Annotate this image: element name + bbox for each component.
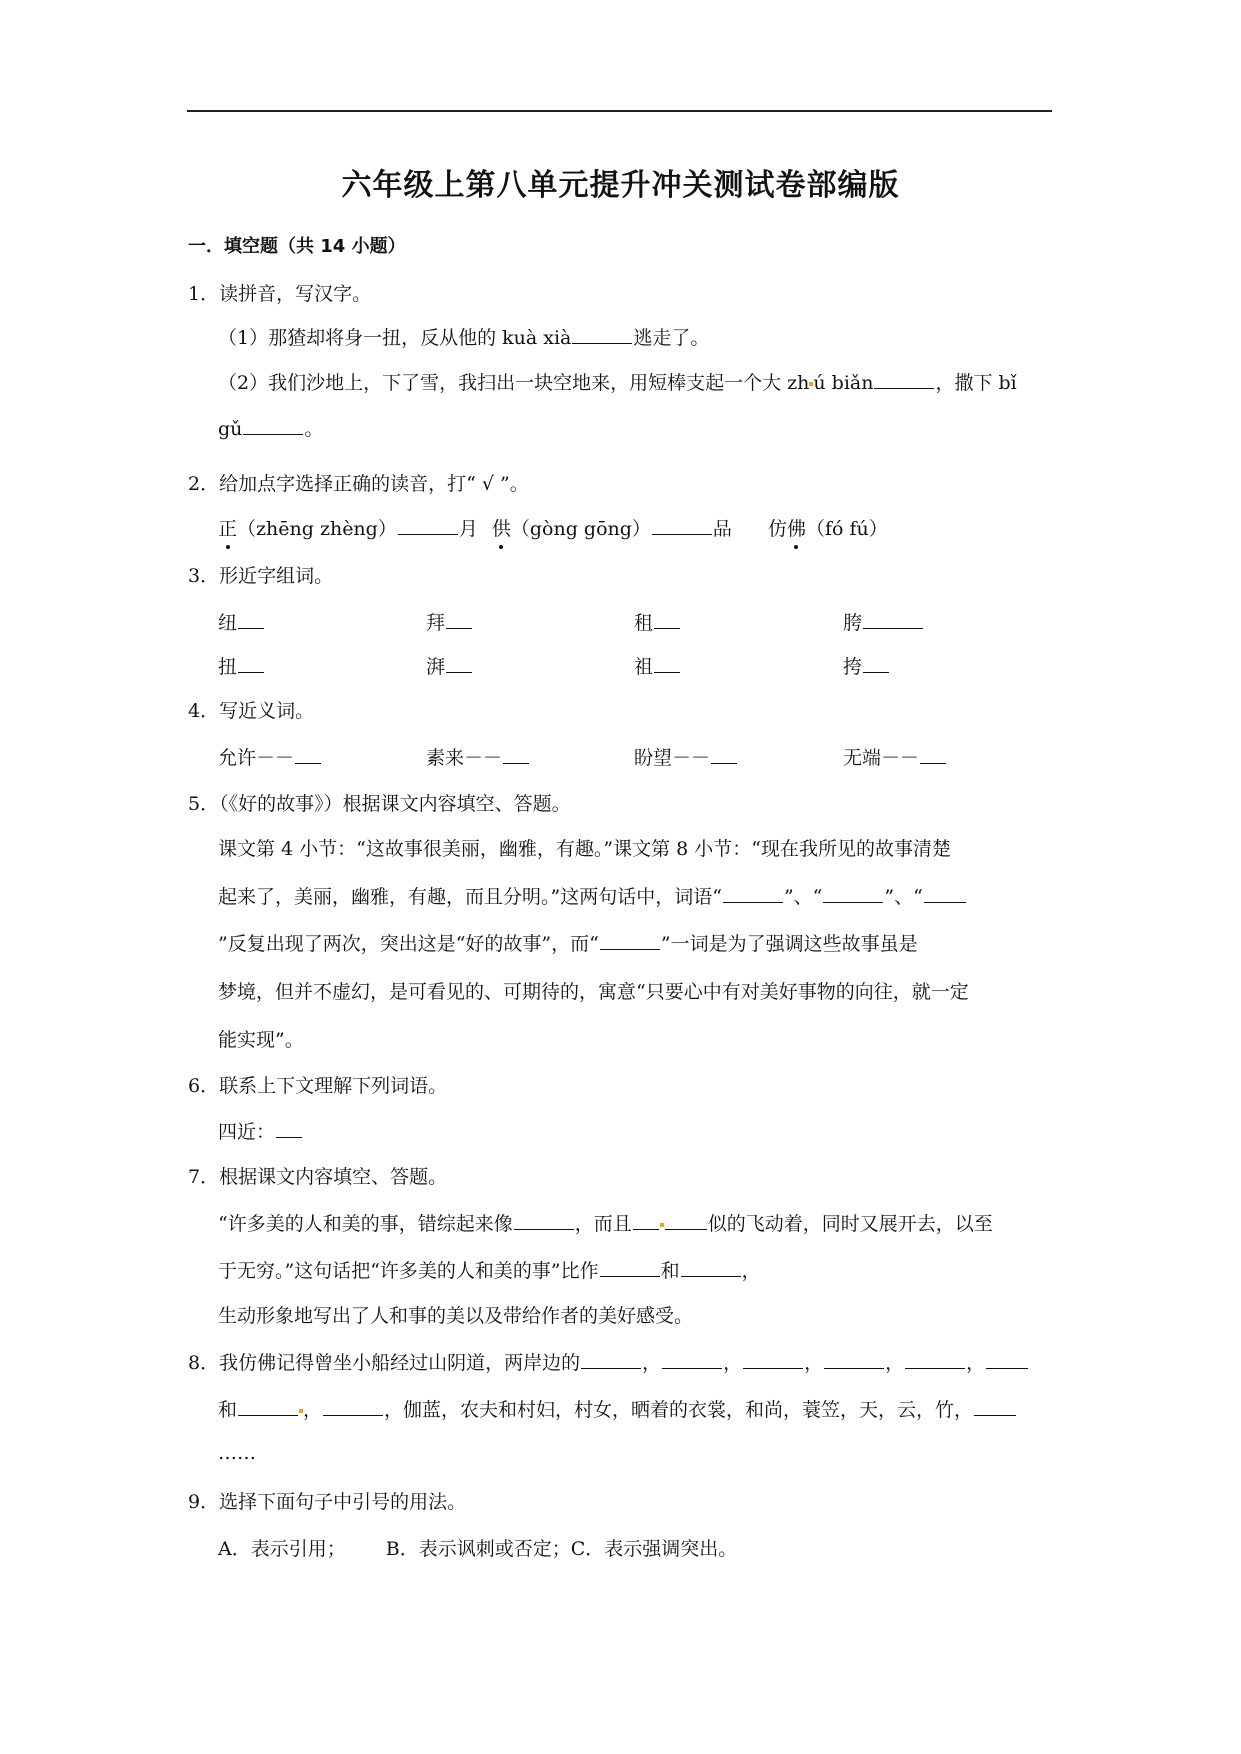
q7-text: 和 (661, 1260, 680, 1282)
page-title: 六年级上第八单元提升冲关测试卷部编版 (0, 160, 1241, 204)
q3-word: 租 (634, 610, 681, 636)
answer-blank[interactable] (238, 1397, 298, 1416)
q5-text: 起来了，美丽，幽雅，有趣，而且分明。”这两句话中，词语“ (218, 886, 722, 908)
q4-stem: 4．写近义词。 (188, 698, 314, 724)
q1-part1: （1）那猹却将身一扭，反从他的 kuà xià逃走了。 (218, 325, 709, 351)
q9-option-b-c: B．表示讽刺或否定；C．表示强调突出。 (386, 1538, 738, 1560)
q2-stem: 2．给加点字选择正确的读音，打“ √ ”。 (188, 471, 529, 497)
q3-char: 租 (634, 612, 653, 634)
q3-word: 扭 (218, 654, 265, 680)
q8-text: 和 (218, 1399, 237, 1421)
answer-blank[interactable] (600, 931, 660, 950)
q4-word: 盼望－－ (634, 745, 738, 771)
q3-word: 胯 (843, 610, 924, 636)
answer-blank[interactable] (581, 1350, 641, 1369)
q8-line3: …… (218, 1440, 256, 1466)
q3-char: 拜 (426, 612, 445, 634)
q8-sep: ， (804, 1352, 823, 1374)
q7-line2: 于无穷。”这句话把“许多美的人和美的事”比作和， (218, 1258, 761, 1284)
q8-sep: ， (966, 1352, 985, 1374)
q1-part2-pinyin: ú biǎn (813, 372, 873, 394)
q3-stem: 3．形近字组词。 (188, 563, 333, 589)
section-heading: 一．填空题（共 14 小题） (188, 234, 406, 260)
answer-blank[interactable] (905, 1350, 965, 1369)
q4-word: 无端－－ (843, 745, 947, 771)
q3-word: 祖 (634, 654, 681, 680)
q3-word: 纽 (218, 610, 265, 636)
q5-line4: 梦境，但并不虚幻，是可看见的、可期待的，寓意“只要心中有对美好事物的向往，就一定 (218, 979, 969, 1005)
q2-item3-pre: 仿 (768, 518, 787, 540)
q4-term: 素来－－ (426, 747, 502, 769)
q1-part2-mid: ，撒下 bǐ (935, 372, 1016, 394)
answer-blank[interactable] (652, 516, 712, 535)
answer-blank[interactable] (276, 1119, 302, 1138)
q4-term: 盼望－－ (634, 747, 710, 769)
q5-stem: 5．（《好的故事》）根据课文内容填空、答题。 (188, 791, 571, 817)
q3-word: 挎 (843, 654, 890, 680)
q4-term: 无端－－ (843, 747, 919, 769)
q1-part1-tail: 逃走了。 (633, 327, 709, 349)
q5-text: ”反复出现了两次，突出这是“好的故事”，而“ (218, 933, 599, 955)
answer-blank[interactable] (743, 1350, 803, 1369)
q5-sep: ”、“ (884, 886, 922, 908)
q8-text: ，伽蓝，农夫和村妇，村女，晒着的衣裳，和尚，蓑笠，天，云，竹， (384, 1399, 973, 1421)
q3-char: 挎 (843, 656, 862, 678)
answer-blank[interactable] (665, 1211, 707, 1230)
answer-blank[interactable] (874, 370, 934, 389)
q1-part2-pinyin2: gǔ (218, 418, 242, 440)
answer-blank[interactable] (243, 416, 303, 435)
q8-line2: 和，，伽蓝，农夫和村妇，村女，晒着的衣裳，和尚，蓑笠，天，云，竹， (218, 1397, 1017, 1423)
q1-part2-end: 。 (304, 418, 323, 440)
answer-blank[interactable] (572, 325, 632, 344)
header-rule (187, 110, 1052, 112)
q7-line1: “许多美的人和美的事，错综起来像，而且似的飞动着，同时又展开去，以至 (218, 1211, 993, 1237)
q5-line5: 能实现”。 (218, 1027, 304, 1053)
q2-item1-pinyin: （zhēng zhèng） (237, 518, 397, 540)
answer-blank[interactable] (654, 610, 680, 629)
answer-blank[interactable] (974, 1397, 1016, 1416)
q1-part2-text: （2）我们沙地上，下了雪，我扫出一块空地来，用短棒支起一个大 zh (218, 372, 809, 394)
answer-blank[interactable] (446, 654, 472, 673)
answer-blank[interactable] (863, 654, 889, 673)
q7-text: ， (742, 1260, 761, 1282)
answer-blank[interactable] (824, 1350, 884, 1369)
q4-term: 允许－－ (218, 747, 294, 769)
answer-blank[interactable] (238, 610, 264, 629)
q3-word: 拜 (426, 610, 473, 636)
q7-stem: 7．根据课文内容填空、答题。 (188, 1164, 447, 1190)
answer-blank[interactable] (295, 745, 321, 764)
q1-part2-cont: gǔ。 (218, 416, 323, 442)
q5-line3: ”反复出现了两次，突出这是“好的故事”，而“”一词是为了强调这些故事虽是 (218, 931, 918, 957)
q9-options: A．表示引用；B．表示讽刺或否定；C．表示强调突出。 (218, 1536, 737, 1562)
answer-blank[interactable] (723, 884, 783, 903)
answer-blank[interactable] (398, 516, 458, 535)
dotted-char: 佛 (787, 516, 806, 542)
q9-stem: 9．选择下面句子中引号的用法。 (188, 1489, 466, 1515)
q2-item2-pinyin: （gòng gōng） (511, 518, 651, 540)
q4-word: 允许－－ (218, 745, 322, 771)
q8-sep: ， (303, 1399, 322, 1421)
q4-word: 素来－－ (426, 745, 530, 771)
q2-item1-tail: 月 (459, 518, 478, 540)
answer-blank[interactable] (503, 745, 529, 764)
q1-part2: （2）我们沙地上，下了雪，我扫出一块空地来，用短棒支起一个大 zhú biǎn，… (218, 370, 1017, 396)
q8-text: 8．我仿佛记得曾坐小船经过山阴道，两岸边的 (188, 1352, 580, 1374)
answer-blank[interactable] (514, 1211, 574, 1230)
q7-text: “许多美的人和美的事，错综起来像 (218, 1213, 513, 1235)
answer-blank[interactable] (446, 610, 472, 629)
dotted-char: 供 (492, 516, 511, 542)
answer-blank[interactable] (323, 1397, 383, 1416)
q5-line1: 课文第 4 小节：“这故事很美丽，幽雅，有趣。”课文第 8 小节：“现在我所见的… (218, 836, 951, 862)
q5-sep: ”、“ (784, 886, 822, 908)
q1-part1-text: （1）那猹却将身一扭，反从他的 kuà xià (218, 327, 571, 349)
q3-char: 扭 (218, 656, 237, 678)
q6-item: 四近： (218, 1119, 303, 1145)
answer-blank[interactable] (920, 745, 946, 764)
q8-sep: ， (723, 1352, 742, 1374)
dotted-char: 正 (218, 516, 237, 542)
q3-char: 纽 (218, 612, 237, 634)
q7-text: 似的飞动着，同时又展开去，以至 (708, 1213, 993, 1235)
q2-items: 正（zhēng zhèng）月供（gòng gōng）品仿佛（fó fú） (218, 516, 888, 542)
q7-line3: 生动形象地写出了人和事的美以及带给作者的美好感受。 (218, 1303, 693, 1329)
answer-blank[interactable] (662, 1350, 722, 1369)
q2-item3-pinyin: （fó fú） (806, 518, 888, 540)
q3-word: 湃 (426, 654, 473, 680)
answer-blank[interactable] (711, 745, 737, 764)
q3-char: 湃 (426, 656, 445, 678)
answer-blank[interactable] (681, 1258, 741, 1277)
q2-item2-tail: 品 (713, 518, 732, 540)
answer-blank[interactable] (600, 1258, 660, 1277)
q1-stem: 1．读拼音，写汉字。 (188, 281, 371, 307)
q5-line2: 起来了，美丽，幽雅，有趣，而且分明。”这两句话中，词语“”、“”、“ (218, 884, 967, 910)
q9-option-a: A．表示引用； (218, 1538, 346, 1560)
q6-term: 四近： (218, 1121, 275, 1143)
q3-char: 祖 (634, 656, 653, 678)
highlight-mark (660, 1223, 664, 1227)
answer-blank[interactable] (654, 654, 680, 673)
answer-blank[interactable] (924, 884, 966, 903)
q3-char: 胯 (843, 612, 862, 634)
q6-stem: 6．联系上下文理解下列词语。 (188, 1073, 447, 1099)
q5-text: ”一词是为了强调这些故事虽是 (661, 933, 918, 955)
q8-sep: ， (642, 1352, 661, 1374)
answer-blank[interactable] (238, 654, 264, 673)
q8-sep: ， (885, 1352, 904, 1374)
answer-blank[interactable] (633, 1211, 659, 1230)
answer-blank[interactable] (863, 610, 923, 629)
answer-blank[interactable] (823, 884, 883, 903)
q7-text: ，而且 (575, 1213, 632, 1235)
answer-blank[interactable] (986, 1350, 1028, 1369)
q8-line1: 8．我仿佛记得曾坐小船经过山阴道，两岸边的，，，，， (188, 1350, 1029, 1376)
q7-text: 于无穷。”这句话把“许多美的人和美的事”比作 (218, 1260, 599, 1282)
